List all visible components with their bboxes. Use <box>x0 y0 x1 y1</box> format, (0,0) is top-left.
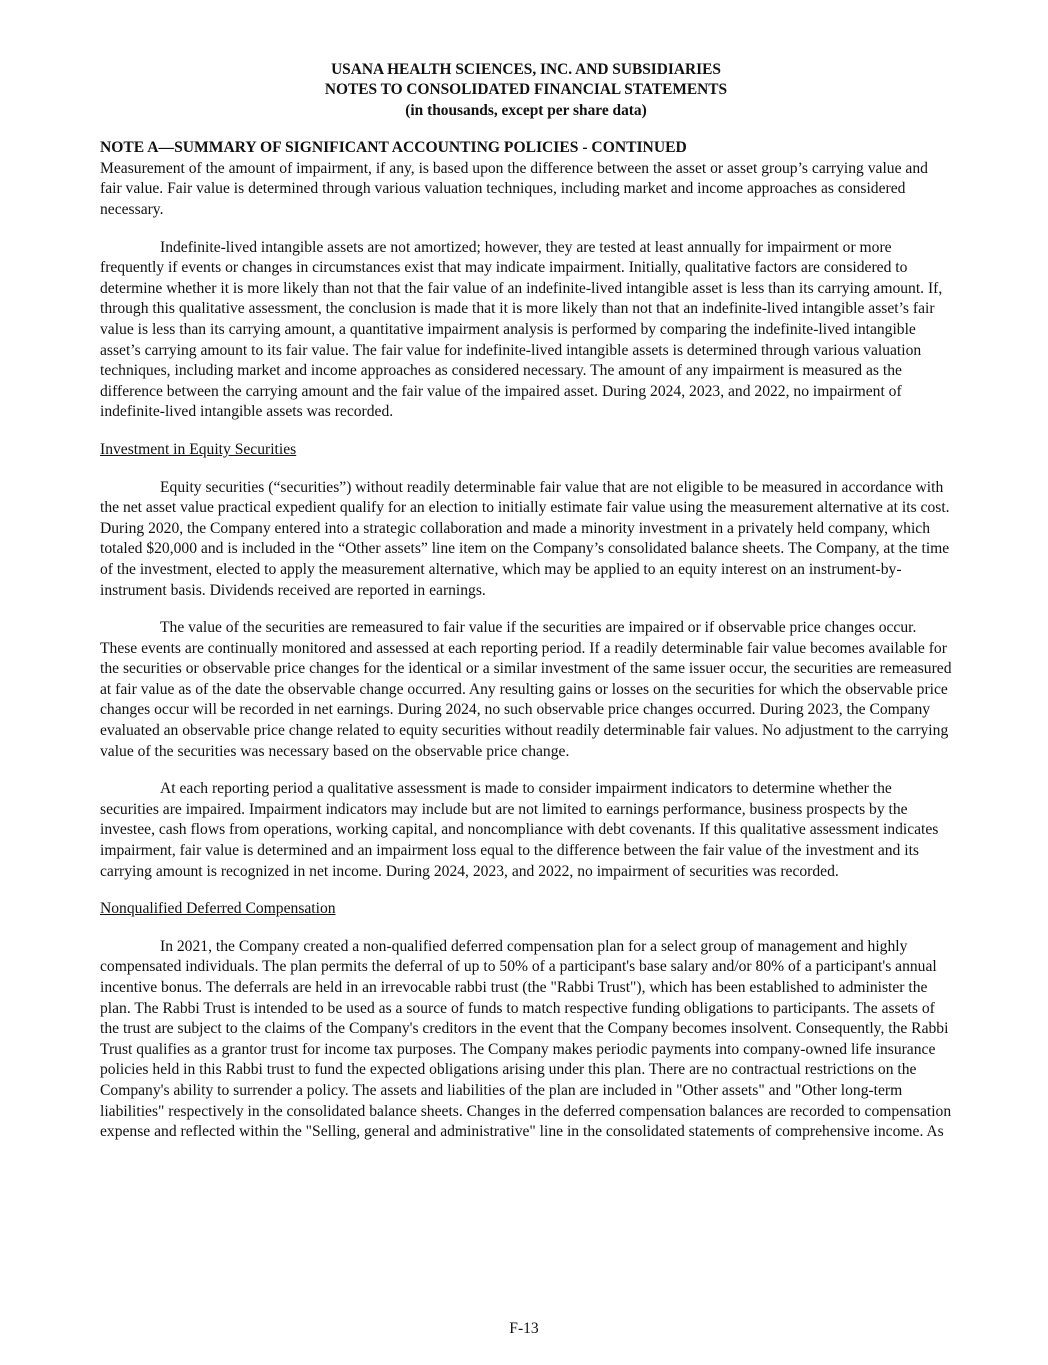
indefinite-lived-assets-paragraph: Indefinite-lived intangible assets are n… <box>100 238 952 423</box>
document-title: NOTES TO CONSOLIDATED FINANCIAL STATEMEN… <box>100 80 952 100</box>
equity-securities-paragraph-1: Equity securities (“securities”) without… <box>100 478 952 602</box>
page-header: USANA HEALTH SCIENCES, INC. AND SUBSIDIA… <box>100 60 952 121</box>
section-heading-equity-securities: Investment in Equity Securities <box>100 440 952 461</box>
equity-securities-paragraph-3: At each reporting period a qualitative a… <box>100 779 952 882</box>
impairment-measurement-paragraph: Measurement of the amount of impairment,… <box>100 159 952 221</box>
page-number: F-13 <box>0 1320 1048 1338</box>
equity-securities-paragraph-2: The value of the securities are remeasur… <box>100 618 952 762</box>
deferred-compensation-paragraph-1: In 2021, the Company created a non-quali… <box>100 937 952 1143</box>
document-page: USANA HEALTH SCIENCES, INC. AND SUBSIDIA… <box>100 60 952 1160</box>
section-heading-deferred-compensation: Nonqualified Deferred Compensation <box>100 899 952 920</box>
company-name: USANA HEALTH SCIENCES, INC. AND SUBSIDIA… <box>100 60 952 80</box>
note-title: NOTE A—SUMMARY OF SIGNIFICANT ACCOUNTING… <box>100 138 952 159</box>
units-note: (in thousands, except per share data) <box>100 101 952 121</box>
